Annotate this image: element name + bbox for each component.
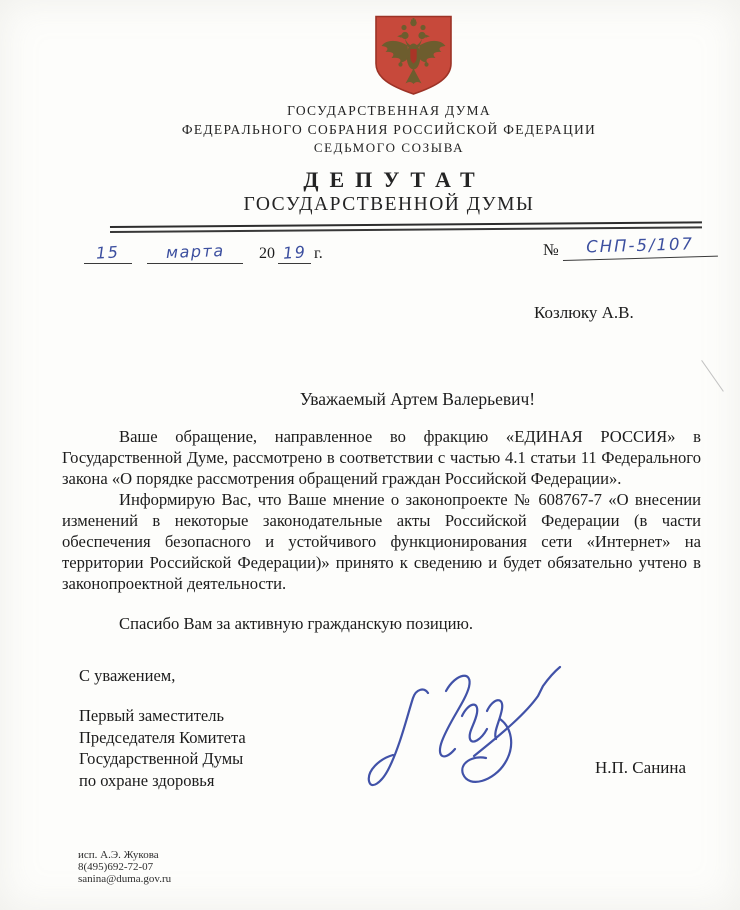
document-number: №СНП-5/107	[543, 240, 718, 261]
deputy-title: ДЕПУТАТ	[38, 168, 740, 192]
salutation: Уважаемый Артем Валерьевич!	[98, 388, 737, 410]
date-year-blank: 19	[278, 243, 311, 264]
letterhead: ГОСУДАРСТВЕННАЯ ДУМА ФЕДЕРАЛЬНОГО СОБРАН…	[0, 102, 740, 216]
deputy-title-line2: ГОСУДАРСТВЕННОЙ ДУМЫ	[38, 193, 740, 216]
signer-title-line1: Первый заместитель	[79, 705, 246, 727]
recipient-name: Козлюку А.В.	[534, 303, 634, 323]
org-name-line2: ФЕДЕРАЛЬНОГО СОБРАНИЯ РОССИЙСКОЙ ФЕДЕРАЦ…	[38, 121, 740, 140]
handwritten-year: 19	[282, 242, 307, 263]
paragraph-1: Ваше обращение, направленное во фракцию …	[62, 426, 701, 489]
executor-email: sanina@duma.gov.ru	[78, 874, 171, 886]
paragraph-2: Информирую Вас, что Ваше мнение о законо…	[62, 489, 701, 594]
date-month-blank: марта	[147, 243, 243, 264]
letterhead-divider	[110, 221, 702, 233]
signer-title-line2: Председателя Комитета	[79, 727, 246, 749]
russia-coat-of-arms-icon	[371, 13, 456, 98]
signer-title: Первый заместитель Председателя Комитета…	[79, 705, 246, 791]
executor-phone: 8(495)692-72-07	[78, 862, 171, 874]
number-blank: СНП-5/107	[562, 236, 718, 261]
handwritten-day: 15	[96, 242, 120, 262]
handwritten-signature-icon	[328, 655, 576, 807]
handwritten-number: СНП-5/107	[586, 234, 694, 256]
number-sign: №	[543, 240, 559, 259]
letter-body: Уважаемый Артем Валерьевич! Ваше обращен…	[62, 388, 701, 634]
closing-phrase: С уважением,	[79, 666, 175, 686]
date-line: 15марта2019г.	[84, 243, 323, 264]
date-day-blank: 15	[84, 243, 132, 264]
year-label: г.	[314, 245, 323, 262]
signer-title-line3: Государственной Думы	[79, 748, 246, 770]
handwritten-month: марта	[165, 241, 224, 262]
executor-footer: исп. А.Э. Жукова 8(495)692-72-07 sanina@…	[78, 850, 171, 886]
letter-document: ГОСУДАРСТВЕННАЯ ДУМА ФЕДЕРАЛЬНОГО СОБРАН…	[0, 0, 740, 910]
signer-title-line4: по охране здоровья	[79, 770, 246, 792]
signer-name: Н.П. Санина	[595, 758, 686, 778]
org-name-line3: СЕДЬМОГО СОЗЫВА	[38, 139, 740, 158]
year-prefix: 20	[259, 245, 275, 262]
executor-name: исп. А.Э. Жукова	[78, 850, 171, 862]
paragraph-3: Спасибо Вам за активную гражданскую пози…	[62, 613, 701, 634]
org-name-line1: ГОСУДАРСТВЕННАЯ ДУМА	[38, 102, 740, 121]
scan-artifact-line	[701, 360, 724, 392]
